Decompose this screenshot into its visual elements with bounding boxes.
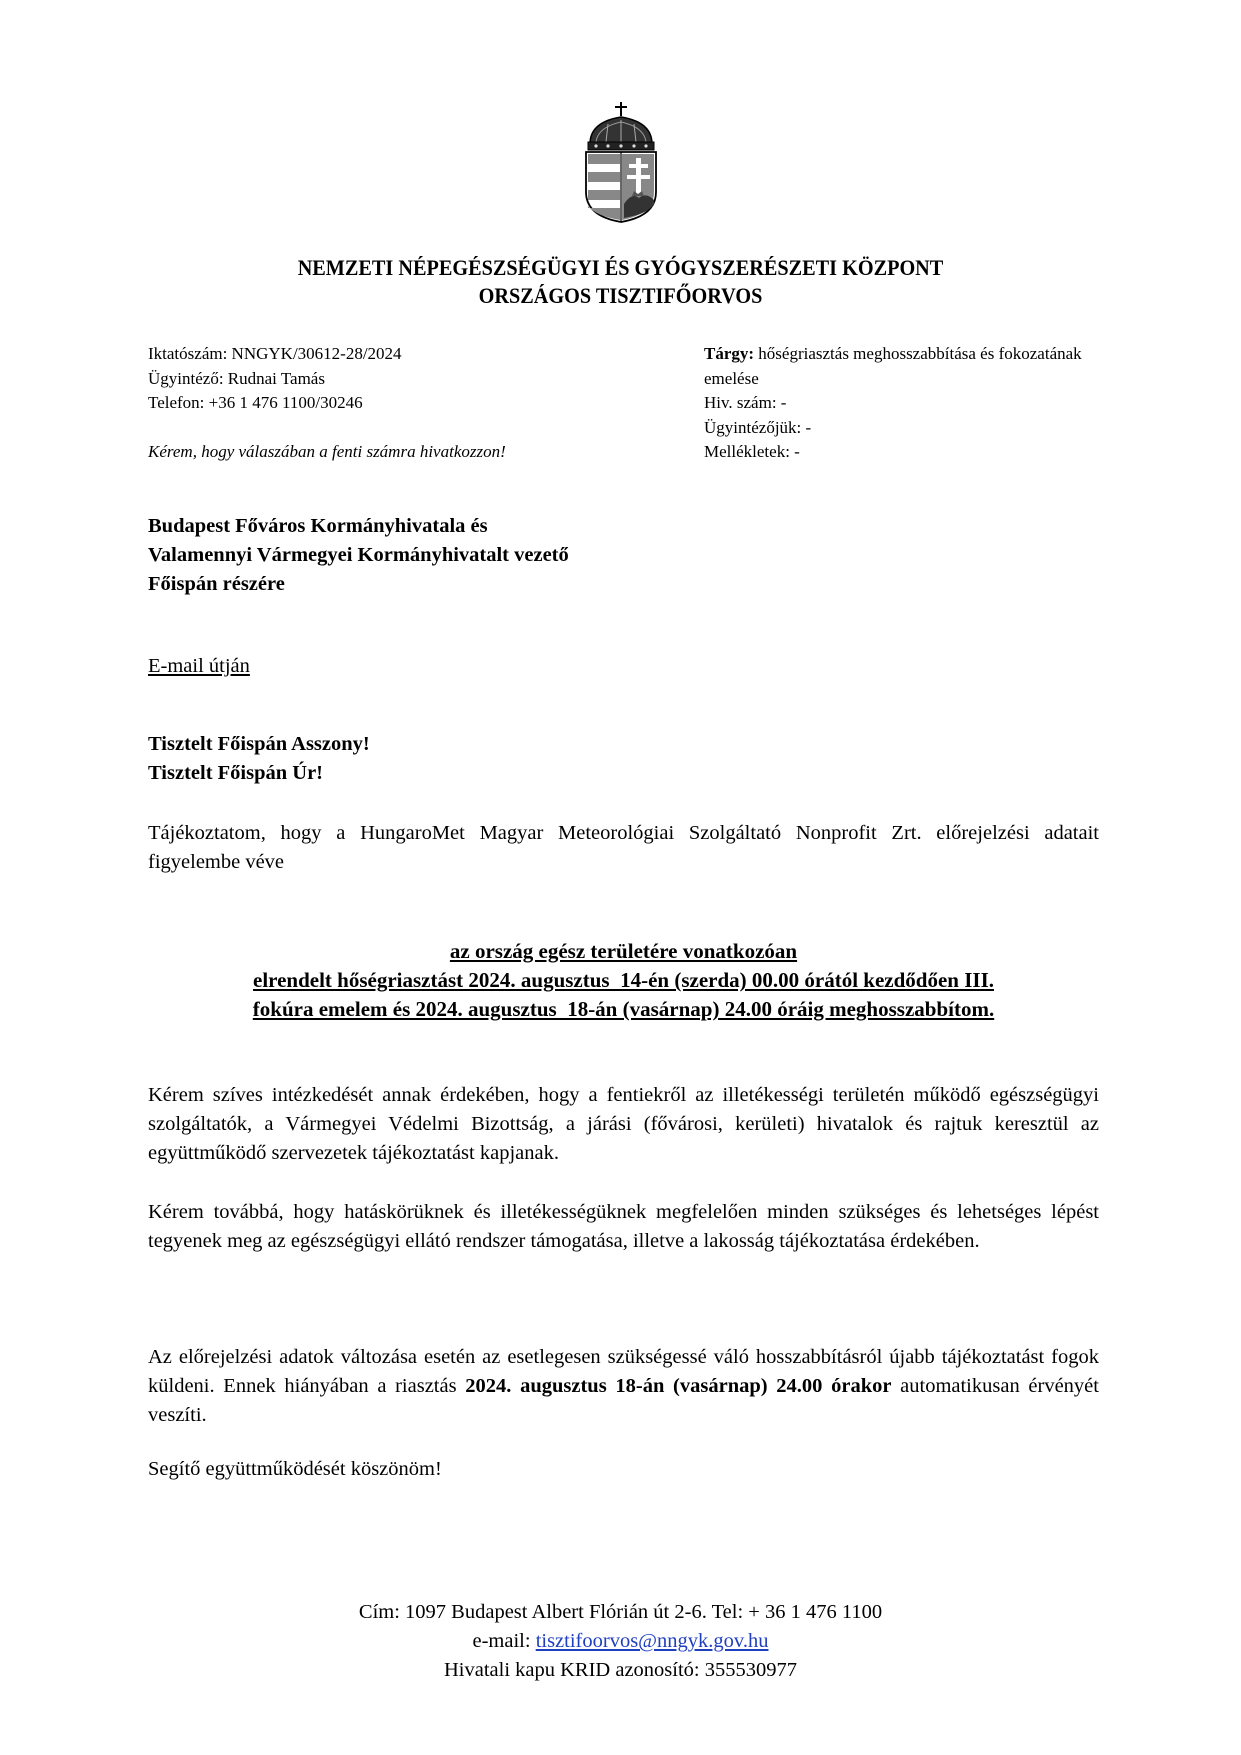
- subject-block: Tárgy: hőségriasztás meghosszabbítása és…: [704, 342, 1104, 465]
- letter-page: NEMZETI NÉPEGÉSZSÉGÜGYI ÉS GYÓGYSZERÉSZE…: [0, 0, 1241, 1755]
- hungarian-coat-of-arms-icon: [582, 100, 660, 224]
- announcement-line: fokúra emelem és 2024. augusztus 18-án (…: [148, 995, 1099, 1024]
- announcement-block: az ország egész területére vonatkozóan e…: [148, 937, 1099, 1024]
- subject-label: Tárgy:: [704, 344, 754, 363]
- organization-name: NEMZETI NÉPEGÉSZSÉGÜGYI ÉS GYÓGYSZERÉSZE…: [50, 254, 1192, 282]
- reference-block: Iktatószám: NNGYK/30612-28/2024 Ügyintéz…: [148, 342, 618, 465]
- phone-number: Telefon: +36 1 476 1100/30246: [148, 391, 618, 416]
- organization-subtitle: ORSZÁGOS TISZTIFŐORVOS: [50, 282, 1192, 310]
- further-request-paragraph: Kérem továbbá, hogy hatáskörüknek és ill…: [148, 1198, 1099, 1256]
- their-reference: Hiv. szám: -: [704, 391, 1104, 416]
- closing-line: Segítő együttműködését köszönöm!: [148, 1455, 1099, 1484]
- footer-krid: Hivatali kapu KRID azonosító: 355530977: [0, 1656, 1241, 1685]
- their-officer: Ügyintézőjük: -: [704, 416, 1104, 441]
- recipient-block: Budapest Főváros Kormányhivatala és Vala…: [148, 512, 848, 599]
- salutation: Tisztelt Főispán Asszony! Tisztelt Főisp…: [148, 730, 370, 788]
- expiry-paragraph: Az előrejelzési adatok változása esetén …: [148, 1343, 1099, 1430]
- subject-line: Tárgy: hőségriasztás meghosszabbítása és…: [704, 342, 1104, 391]
- case-officer: Ügyintéző: Rudnai Tamás: [148, 367, 618, 392]
- subject-value: hőségriasztás meghosszabbítása és fokoza…: [704, 344, 1082, 388]
- recipient-line: Budapest Főváros Kormányhivatala és: [148, 512, 848, 541]
- expiry-date: 2024. augusztus 18-án (vasárnap) 24.00 ó…: [465, 1375, 891, 1397]
- announcement-line: az ország egész területére vonatkozóan: [148, 937, 1099, 966]
- footer: Cím: 1097 Budapest Albert Flórián út 2-6…: [0, 1598, 1241, 1685]
- recipient-line: Valamennyi Vármegyei Kormányhivatalt vez…: [148, 541, 848, 570]
- reference-number: Iktatószám: NNGYK/30612-28/2024: [148, 342, 618, 367]
- footer-email-label: e-mail:: [473, 1630, 536, 1652]
- salutation-line: Tisztelt Főispán Asszony!: [148, 730, 370, 759]
- organization-header: NEMZETI NÉPEGÉSZSÉGÜGYI ÉS GYÓGYSZERÉSZE…: [0, 254, 1241, 310]
- footer-email-line: e-mail: tisztifoorvos@nngyk.gov.hu: [0, 1627, 1241, 1656]
- intro-paragraph: Tájékoztatom, hogy a HungaroMet Magyar M…: [148, 819, 1099, 877]
- recipient-line: Főispán részére: [148, 570, 848, 599]
- footer-address: Cím: 1097 Budapest Albert Flórián út 2-6…: [0, 1598, 1241, 1627]
- announcement-line: elrendelt hőségriasztást 2024. augusztus…: [148, 966, 1099, 995]
- delivery-method: E-mail útján: [148, 652, 250, 681]
- footer-email-link[interactable]: tisztifoorvos@nngyk.gov.hu: [536, 1630, 769, 1652]
- reference-note: Kérem, hogy válaszában a fenti számra hi…: [148, 440, 618, 465]
- salutation-line: Tisztelt Főispán Úr!: [148, 759, 370, 788]
- attachments: Mellékletek: -: [704, 440, 1104, 465]
- request-paragraph: Kérem szíves intézkedését annak érdekébe…: [148, 1081, 1099, 1168]
